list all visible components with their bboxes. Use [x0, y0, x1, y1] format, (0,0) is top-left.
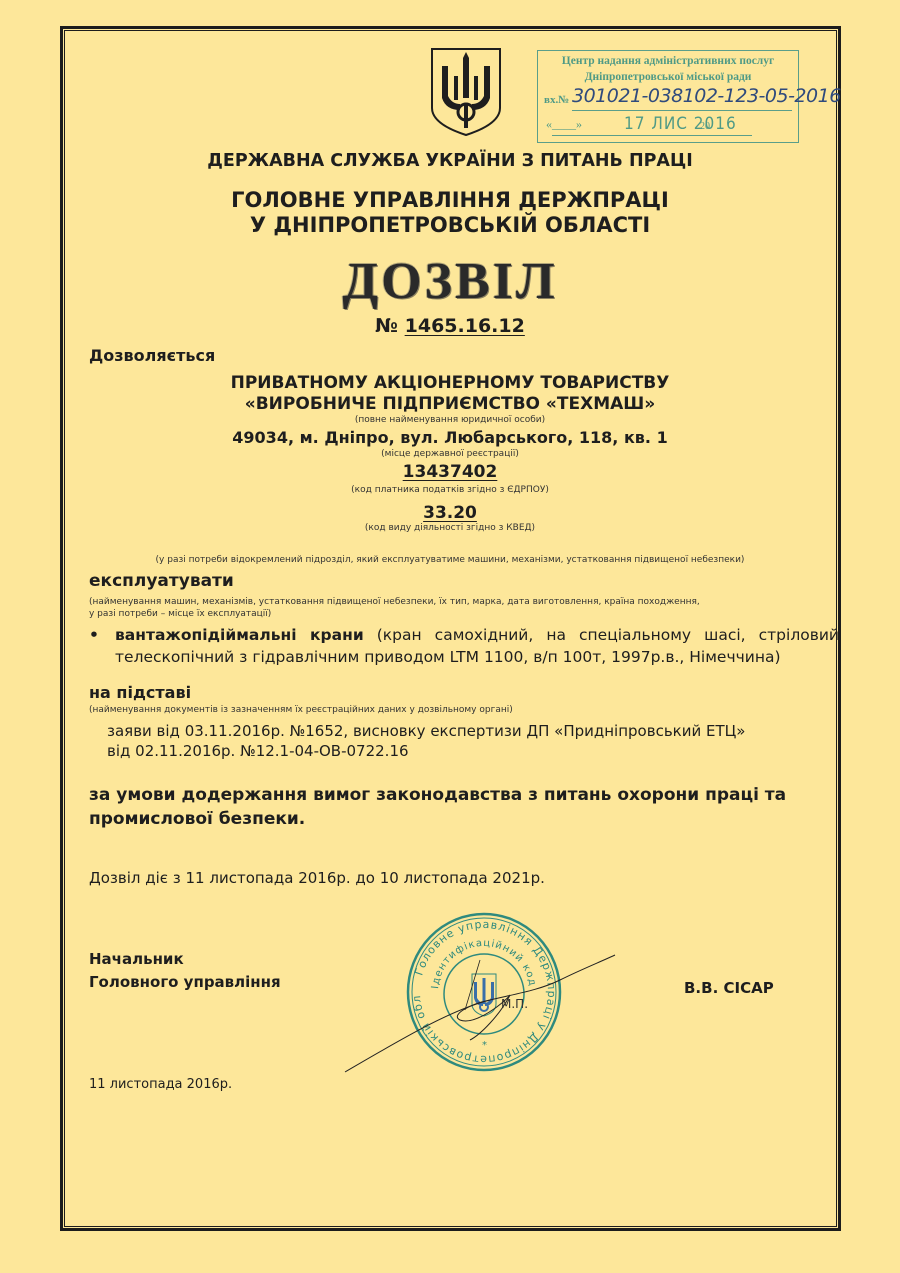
entity-name-line-2: «ВИРОБНИЧЕ ПІДПРИЄМСТВО «ТЕХМАШ»	[0, 394, 900, 414]
kved-caption: (код виду діяльності згідно з КВЕД)	[0, 523, 900, 533]
entity-name-line-1: ПРИВАТНОМУ АКЦІОНЕРНОМУ ТОВАРИСТВУ	[0, 373, 900, 393]
edrpou-code: 13437402	[0, 462, 900, 482]
department-name: ГОЛОВНЕ УПРАВЛІННЯ ДЕРЖПРАЦІ У ДНІПРОПЕТ…	[0, 188, 900, 238]
equipment-details: (кран самохідний, на спеціальному шасі, …	[377, 626, 839, 644]
bullet-icon: •	[89, 624, 99, 646]
basis-caption: (найменування документів із зазначенням …	[89, 704, 513, 716]
number-value: 1465.16.12	[405, 315, 525, 337]
registration-stamp: Центр надання адміністративних послуг Дн…	[537, 50, 799, 143]
subdivision-caption: (у разі потреби відокремлений підрозділ,…	[0, 555, 900, 565]
edrpou-caption: (код платника податків згідно з ЄДРПОУ)	[0, 485, 900, 495]
exploit-caption: (найменування машин, механізмів, устатко…	[89, 596, 700, 620]
exploit-label: експлуатувати	[89, 571, 234, 591]
equipment-details-cont: телескопічний з гідравлічним приводом LT…	[115, 646, 781, 668]
stamp-line-2: Дніпропетровської міської ради	[538, 71, 798, 83]
stamp-year-suffix: 20	[700, 121, 710, 132]
condition-text: за умови додержання вимог законодавства …	[89, 783, 849, 831]
basis-line-1: заяви від 03.11.2016р. №1652, висновку е…	[107, 722, 745, 740]
stamp-reg-number: 301021-038102-123-05-2016	[572, 85, 841, 107]
position-line-1: Начальник	[89, 950, 184, 968]
basis-line-2: від 02.11.2016р. №12.1-04-ОВ-0722.16	[107, 742, 409, 760]
stamp-reg-label: вх.№	[544, 94, 569, 106]
stamp-date-value: 17 ЛИС 2016	[624, 114, 737, 134]
entity-address: 49034, м. Дніпро, вул. Любарського, 118,…	[0, 428, 900, 447]
department-line-2: У ДНІПРОПЕТРОВСЬКІЙ ОБЛАСТІ	[0, 213, 900, 238]
signer-name: В.В. СІСАР	[684, 979, 774, 997]
kved-code: 33.20	[0, 503, 900, 523]
stamp-line-1: Центр надання адміністративних послуг	[538, 55, 798, 67]
issue-date: 11 листопада 2016р.	[89, 1077, 232, 1092]
department-line-1: ГОЛОВНЕ УПРАВЛІННЯ ДЕРЖПРАЦІ	[0, 188, 900, 213]
equipment-type: вантажопідіймальні крани	[115, 626, 364, 644]
stamp-date-quotes: «____»	[546, 117, 582, 132]
validity-period: Дозвіл діє з 11 листопада 2016р. до 10 л…	[89, 869, 545, 887]
stamp-underline	[572, 110, 792, 111]
allowed-label: Дозволяється	[89, 346, 215, 365]
entity-name-caption: (повне найменування юридичної особи)	[0, 415, 900, 425]
document-title: ДОЗВІЛ	[0, 252, 900, 311]
basis-label: на підставі	[89, 683, 191, 702]
permit-number: № 1465.16.12	[0, 315, 900, 337]
number-prefix: №	[375, 315, 398, 337]
address-caption: (місце державної реєстрації)	[0, 449, 900, 459]
position-line-2: Головного управління	[89, 973, 281, 991]
ukraine-trident-icon	[428, 46, 504, 138]
agency-name: ДЕРЖАВНА СЛУЖБА УКРАЇНИ З ПИТАНЬ ПРАЦІ	[0, 151, 900, 171]
signature	[340, 940, 620, 1080]
stamp-underline	[552, 135, 752, 136]
